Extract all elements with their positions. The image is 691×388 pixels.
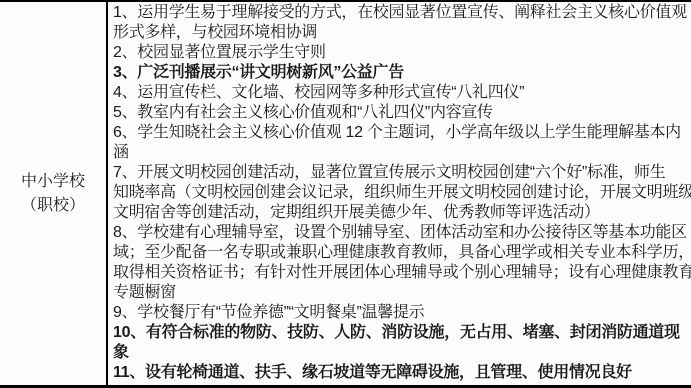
criteria-item-1-line-2: 形式多样，与校园环境相协调 [113, 23, 691, 43]
criteria-item-8-line-3: 取得相关资格证书；有针对性开展团体心理辅导或个别心理辅导；设有心理健康教育 [113, 263, 691, 283]
criteria-item-1-line-1: 1、运用学生易于理解接受的方式，在校园显著位置宣传、阐释社会主义核心价值观 [113, 3, 691, 23]
column-divider [106, 2, 108, 385]
criteria-item-4-line-1: 4、运用宣传栏、文化墙、校园网等多种形式宣传“八礼四仪” [113, 83, 691, 103]
criteria-table: 中小学校 （职校） 1、运用学生易于理解接受的方式，在校园显著位置宣传、阐释社会… [0, 0, 691, 388]
criteria-item-8-line-1: 8、学校建有心理辅导室，设置个别辅导室、团体活动室和办公接待区等基本功能区 [113, 223, 691, 243]
category-label-line2: （职校） [21, 194, 85, 218]
criteria-item-8-line-4: 专题橱窗 [113, 283, 691, 303]
criteria-item-7-line-2: 知晓率高（文明校园创建会议记录，组织师生开展文明校园创建讨论，开展文明班级 [113, 183, 691, 203]
criteria-item-7-line-1: 7、开展文明校园创建活动，显著位置宣传展示文明校园创建“六个好”标准，师生 [113, 163, 691, 183]
category-cell: 中小学校 （职校） [0, 2, 106, 385]
criteria-item-10-line-2: 象 [113, 343, 691, 363]
category-label-line1: 中小学校 [21, 170, 85, 194]
criteria-item-11-line-1: 11、设有轮椅通道、扶手、缘石坡道等无障碍设施，且管理、使用情况良好 [113, 363, 691, 383]
criteria-item-5-line-1: 5、教室内有社会主义核心价值观和“八礼四仪”内容宣传 [113, 103, 691, 123]
criteria-item-3-line-1: 3、广泛刊播展示“讲文明树新风”公益广告 [113, 63, 691, 83]
criteria-item-6-line-2: 涵 [113, 143, 691, 163]
criteria-item-7-line-3: 文明宿舍等创建活动，定期组织开展美德少年、优秀教师等评选活动） [113, 203, 691, 223]
criteria-item-10-line-1: 10、有符合标准的物防、技防、人防、消防设施，无占用、堵塞、封闭消防通道现 [113, 323, 691, 343]
criteria-item-8-line-2: 域；至少配备一名专职或兼职心理健康教育教师，具备心理学或相关专业本科学历， [113, 243, 691, 263]
criteria-item-9-line-1: 9、学校餐厅有“节俭养德”“文明餐桌”温馨提示 [113, 303, 691, 323]
criteria-items-cell: 1、运用学生易于理解接受的方式，在校园显著位置宣传、阐释社会主义核心价值观形式多… [113, 3, 691, 385]
criteria-item-2-line-1: 2、校园显著位置展示学生守则 [113, 43, 691, 63]
criteria-item-6-line-1: 6、学生知晓社会主义核心价值观 12 个主题词，小学高年级以上学生能理解基本内 [113, 123, 691, 143]
